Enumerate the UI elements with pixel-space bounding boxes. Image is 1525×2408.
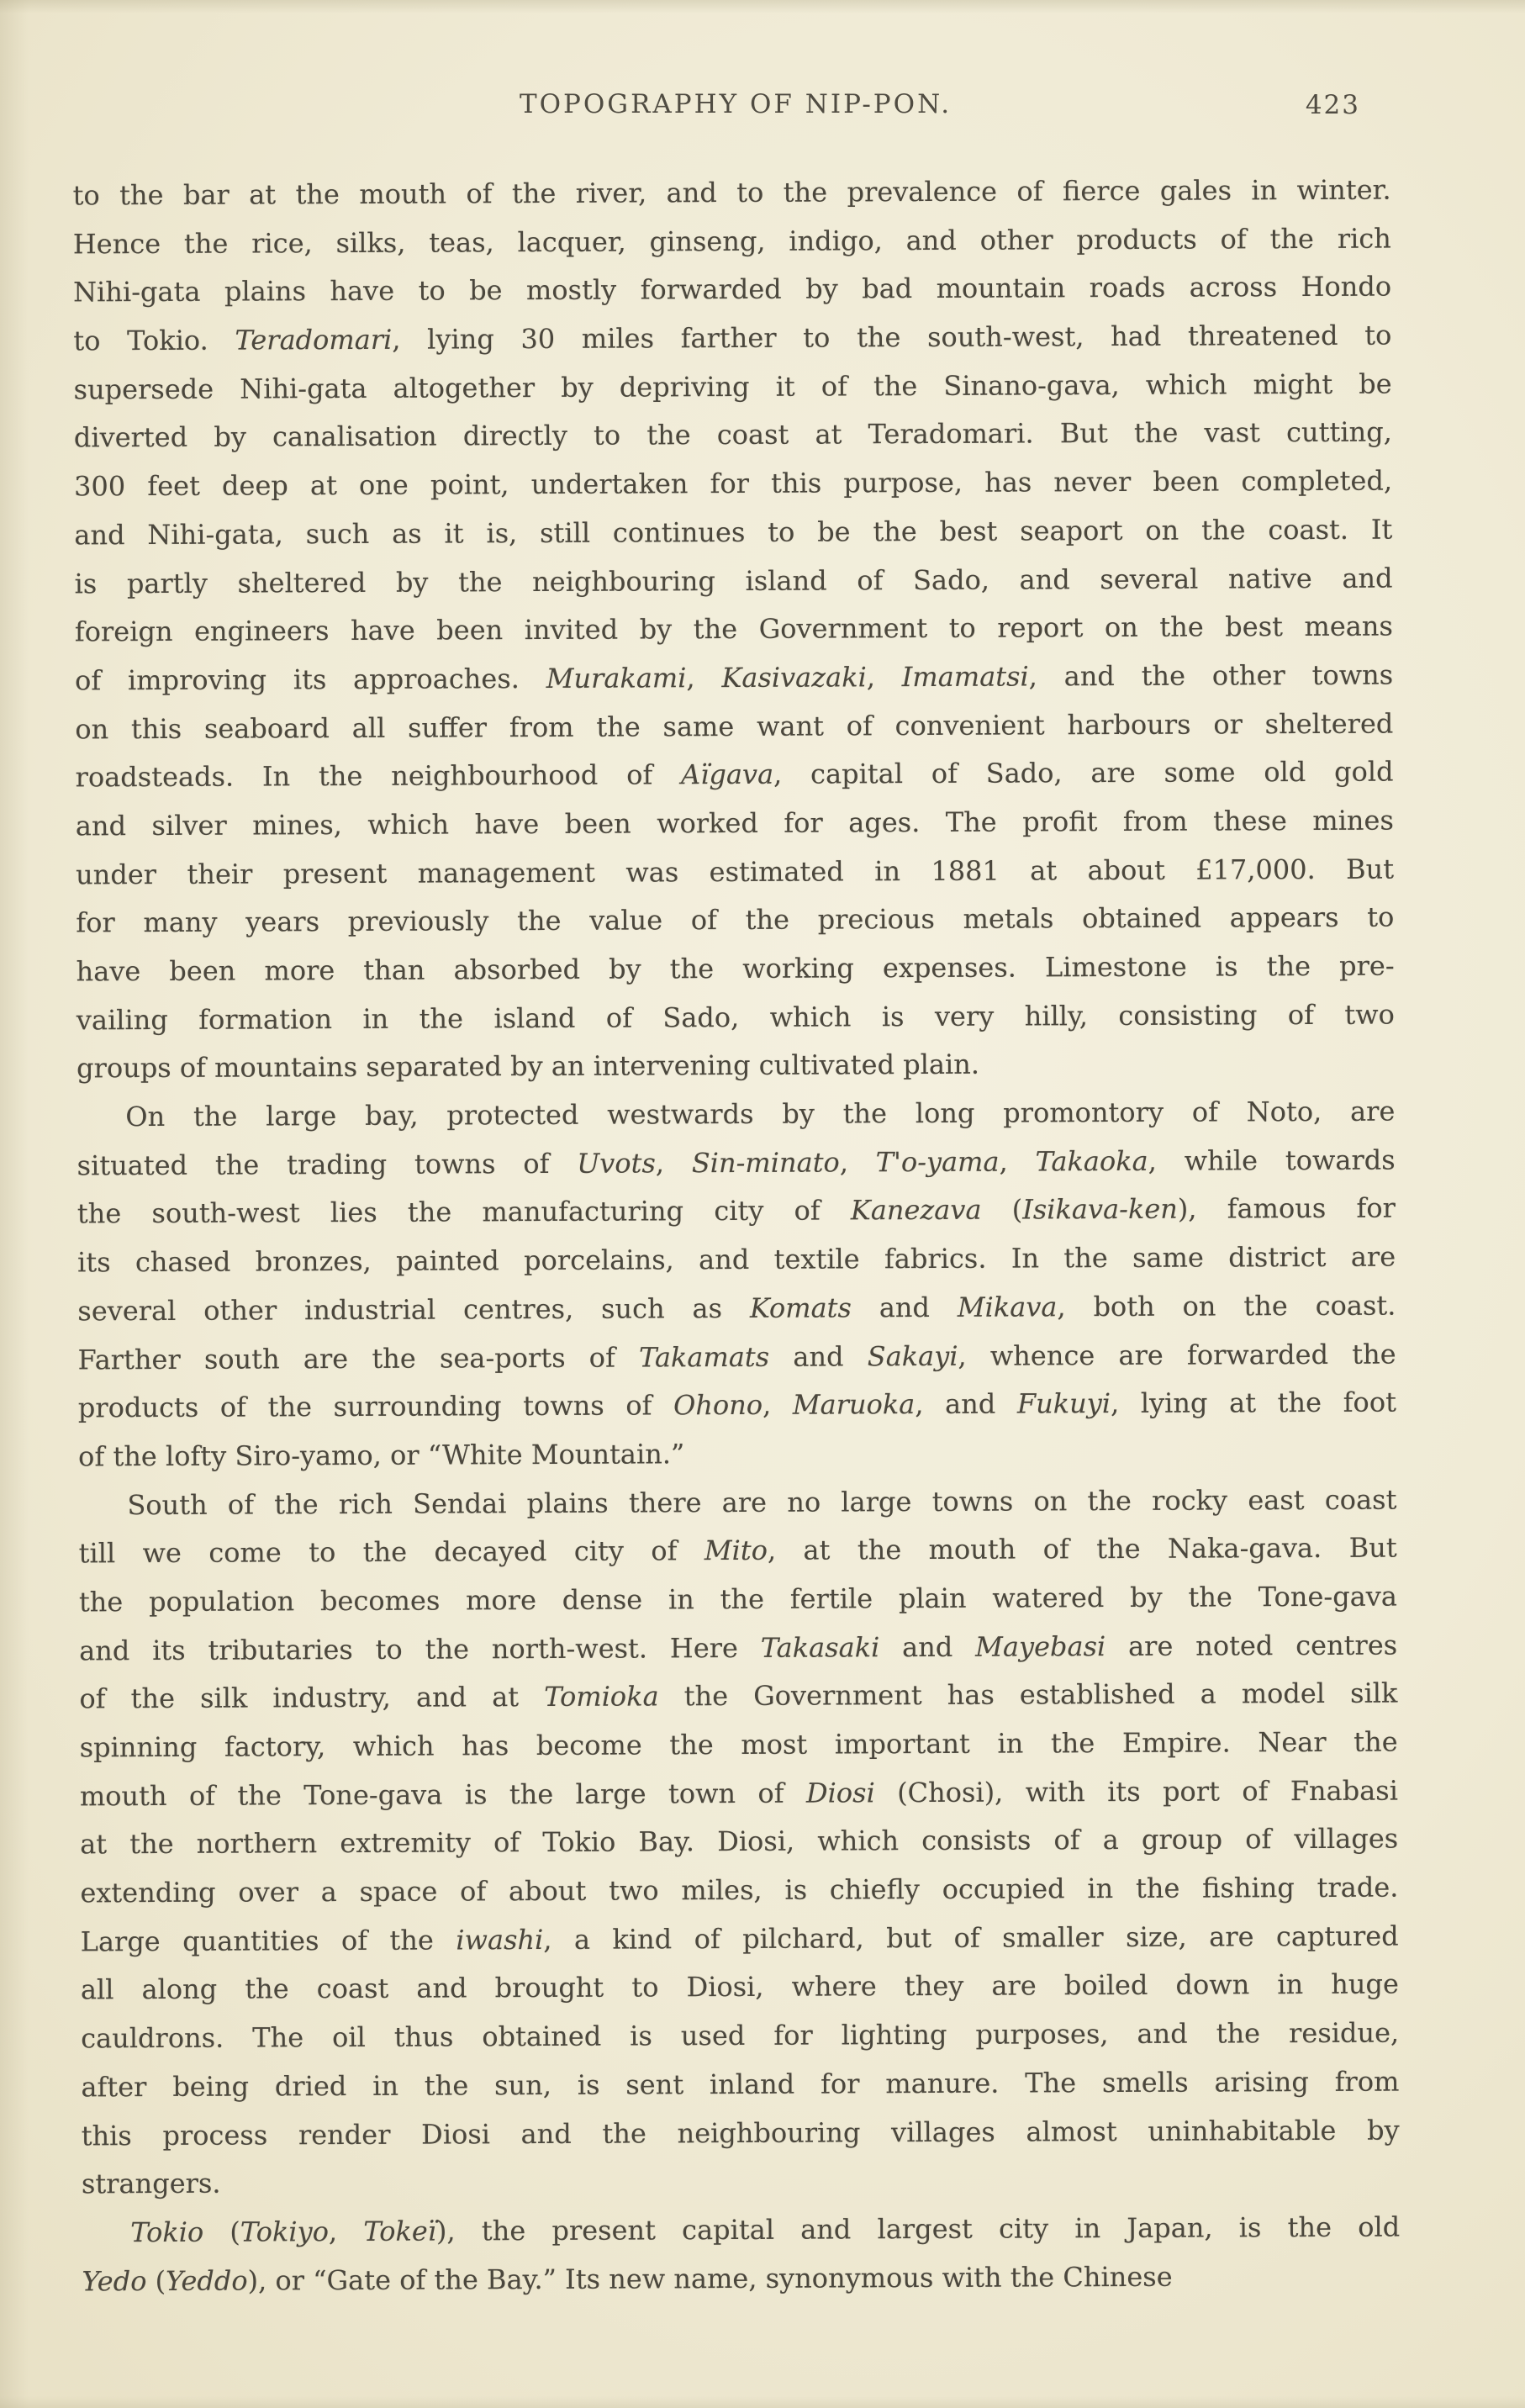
text-segment: groups of mountains separated by an inte…: [77, 1048, 979, 1085]
text-segment: Yeddo: [166, 2264, 248, 2296]
text-line: Yedo (Yeddo), or “Gate of the Bay.” Its …: [82, 2252, 1400, 2306]
text-segment: are noted centres: [1105, 1629, 1397, 1662]
text-line: strangers.: [82, 2155, 1400, 2210]
text-segment: Takamats: [639, 1340, 769, 1373]
text-segment: Tomioka: [544, 1681, 659, 1714]
text-line: under their present management was estim…: [76, 845, 1394, 900]
text-segment: and: [769, 1340, 868, 1373]
text-line: foreign engineers have been invited by t…: [75, 603, 1393, 657]
text-line: South of the rich Sendai plains there ar…: [78, 1476, 1396, 1530]
text-segment: the Government has established a model s…: [659, 1677, 1398, 1713]
text-segment: this process render Diosi and the neighb…: [82, 2114, 1400, 2152]
text-segment: Imamatsi: [902, 660, 1029, 693]
text-segment: Tokiyo: [240, 2215, 329, 2247]
text-segment: Sakayi: [868, 1339, 958, 1371]
text-segment: to Tokio.: [73, 325, 235, 357]
text-segment: Komats: [750, 1291, 852, 1324]
text-segment: Sin-minato: [692, 1146, 840, 1179]
page-number: 423: [1306, 90, 1360, 120]
text-segment: South of the rich Sendai plains there ar…: [127, 1483, 1396, 1521]
text-segment: under their present management was estim…: [76, 853, 1394, 890]
text-line: of improving its approaches. Murakami, K…: [75, 651, 1393, 705]
text-segment: Kanezava: [851, 1194, 982, 1227]
text-line: and its tributaries to the north-west. H…: [79, 1621, 1397, 1676]
text-line: Farther south are the sea-ports of Takam…: [78, 1330, 1396, 1385]
text-segment: the south-west lies the manufacturing ci…: [77, 1195, 851, 1230]
text-segment: and Nihi-gata, such as it is, still cont…: [74, 513, 1392, 551]
text-segment: extending over a space of about two mile…: [80, 1872, 1398, 1909]
text-segment: Farther south are the sea-ports of: [78, 1341, 640, 1376]
text-line: 300 feet deep at one point, undertaken f…: [74, 457, 1392, 512]
text-segment: Mikava: [958, 1291, 1058, 1323]
text-line: supersede Nihi-gata altogether by depriv…: [73, 360, 1391, 415]
text-segment: ), or “Gate of the Bay.” Its new name, s…: [248, 2260, 1173, 2296]
text-segment: T'o-yama: [876, 1145, 1000, 1178]
text-line: of the silk industry, and at Tomioka the…: [79, 1670, 1397, 1724]
text-line: this process render Diosi and the neighb…: [82, 2106, 1400, 2161]
text-segment: , while towards: [1148, 1143, 1396, 1176]
text-segment: Uvots: [577, 1147, 656, 1179]
text-segment: at the northern extremity of Tokio Bay. …: [80, 1823, 1398, 1861]
text-segment: cauldrons. The oil thus obtained is used…: [81, 2017, 1399, 2055]
text-segment: till we come to the decayed city of: [79, 1534, 704, 1569]
text-segment: foreign engineers have been invited by t…: [75, 610, 1393, 648]
text-segment: , and the other towns: [1029, 658, 1394, 692]
text-segment: , lying 30 miles farther to the south-we…: [392, 319, 1391, 356]
text-segment: Teradomari: [235, 324, 392, 356]
text-segment: to the bar at the mouth of the river, an…: [73, 174, 1391, 212]
text-segment: strangers.: [82, 2168, 221, 2200]
text-segment: , whence are forwarded the: [958, 1338, 1396, 1371]
text-segment: its chased bronzes, painted porcelains, …: [77, 1241, 1396, 1279]
text-line: spinning factory, which has become the m…: [80, 1719, 1398, 1773]
text-segment: (: [146, 2265, 166, 2297]
text-segment: the population becomes more dense in the…: [79, 1581, 1397, 1619]
text-segment: ,: [867, 661, 902, 693]
page: TOPOGRAPHY OF NIP-PON. 423 to the bar at…: [0, 0, 1525, 2408]
text-segment: and: [879, 1630, 975, 1662]
text-segment: Kasivazaki: [721, 661, 867, 694]
text-line: Nihi-gata plains have to be mostly forwa…: [73, 263, 1391, 318]
text-segment: ,: [686, 662, 721, 694]
text-segment: iwashi: [456, 1924, 543, 1956]
text-segment: of the lofty Siro-yamo, or “White Mounta…: [78, 1438, 684, 1472]
running-title: TOPOGRAPHY OF NIP-PON.: [520, 89, 952, 119]
text-line: all along the coast and brought to Diosi…: [81, 1961, 1399, 2015]
text-line: Large quantities of the iwashi, a kind o…: [81, 1912, 1399, 1967]
text-line: and silver mines, which have been worked…: [76, 797, 1394, 852]
text-line: On the large bay, protected westwards by…: [77, 1088, 1395, 1143]
text-line: diverted by canalisation directly to the…: [74, 409, 1392, 463]
text-segment: ), the present capital and largest city …: [436, 2210, 1400, 2247]
text-segment: diverted by canalisation directly to the…: [74, 416, 1392, 454]
text-segment: ), famous for: [1178, 1192, 1396, 1225]
text-line: vailing formation in the island of Sado,…: [77, 990, 1395, 1045]
text-line: and Nihi-gata, such as it is, still cont…: [74, 505, 1392, 560]
text-segment: spinning factory, which has become the m…: [80, 1726, 1398, 1764]
text-segment: , capital of Sado, are some old gold: [773, 756, 1394, 790]
text-segment: ,: [840, 1146, 876, 1178]
text-segment: , both on the coast.: [1057, 1289, 1396, 1323]
text-segment: Takasaki: [761, 1631, 880, 1664]
text-line: extending over a space of about two mile…: [80, 1864, 1398, 1919]
text-line: after being dried in the sun, is sent in…: [81, 2057, 1399, 2112]
text-segment: (Chosi), with its port of Fnabasi: [875, 1774, 1398, 1809]
text-segment: Tokio: [130, 2216, 203, 2248]
text-segment: products of the surrounding towns of: [78, 1390, 673, 1424]
text-segment: and: [852, 1291, 958, 1324]
text-segment: all along the coast and brought to Diosi…: [81, 1968, 1399, 2006]
text-segment: , at the mouth of the Naka-gava. But: [768, 1532, 1397, 1566]
text-line: have been more than absorbed by the work…: [76, 943, 1394, 997]
text-line: at the northern extremity of Tokio Bay. …: [80, 1815, 1398, 1870]
text-segment: situated the trading towns of: [77, 1148, 578, 1182]
text-line: of the lofty Siro-yamo, or “White Mounta…: [78, 1427, 1396, 1481]
text-line: groups of mountains separated by an inte…: [77, 1039, 1395, 1094]
text-segment: and silver mines, which have been worked…: [76, 805, 1394, 842]
text-segment: Mayebasi: [975, 1630, 1105, 1663]
text-line: till we come to the decayed city of Mito…: [79, 1524, 1397, 1579]
text-segment: roadsteads. In the neighbourhood of: [76, 759, 682, 794]
text-line: on this seaboard all suffer from the sam…: [75, 700, 1393, 754]
text-line: Hence the rice, silks, teas, lacquer, gi…: [73, 214, 1391, 269]
text-line: situated the trading towns of Uvots, Sin…: [77, 1136, 1396, 1191]
text-line: cauldrons. The oil thus obtained is used…: [81, 2009, 1399, 2064]
text-line: Tokio (Tokiyo, Tokeï), the present capit…: [82, 2203, 1400, 2257]
text-segment: Isikava-ken: [1022, 1193, 1178, 1226]
text-line: several other industrial centres, such a…: [77, 1281, 1396, 1336]
text-segment: Mito: [704, 1534, 768, 1566]
text-segment: On the large bay, protected westwards by…: [125, 1096, 1395, 1133]
text-segment: Maruoka: [793, 1388, 916, 1421]
text-segment: and its tributaries to the north-west. H…: [79, 1632, 761, 1667]
text-segment: Nihi-gata plains have to be mostly forwa…: [73, 271, 1391, 309]
text-segment: Diosi: [806, 1777, 875, 1809]
text-segment: is partly sheltered by the neighbouring …: [75, 562, 1393, 599]
text-segment: , and: [915, 1388, 1017, 1421]
text-segment: ,: [762, 1389, 793, 1421]
text-segment: Tokeï: [363, 2215, 436, 2247]
text-segment: (: [981, 1194, 1022, 1226]
text-line: its chased bronzes, painted porcelains, …: [77, 1233, 1396, 1288]
text-segment: Aïgava: [681, 758, 773, 790]
text-segment: , a kind of pilchard, but of smaller siz…: [543, 1920, 1398, 1955]
text-line: the population becomes more dense in the…: [79, 1573, 1397, 1628]
text-segment: Ohono: [673, 1389, 762, 1421]
text-line: products of the surrounding towns of Oho…: [78, 1379, 1396, 1434]
text-line: for many years previously the value of t…: [76, 894, 1394, 948]
text-segment: for many years previously the value of t…: [76, 901, 1394, 939]
text-line: to the bar at the mouth of the river, an…: [72, 166, 1390, 221]
text-segment: (: [203, 2215, 240, 2247]
text-segment: after being dried in the sun, is sent in…: [81, 2065, 1399, 2103]
text-line: the south-west lies the manufacturing ci…: [77, 1185, 1396, 1239]
text-line: roadsteads. In the neighbourhood of Aïga…: [75, 748, 1393, 803]
text-segment: ,: [329, 2215, 364, 2247]
page-header: TOPOGRAPHY OF NIP-PON. 423: [77, 89, 1394, 128]
text-block: to the bar at the mouth of the river, an…: [72, 166, 1400, 2306]
text-segment: Takaoka: [1035, 1145, 1148, 1178]
text-line: is partly sheltered by the neighbouring …: [74, 554, 1392, 609]
text-segment: Yedo: [82, 2265, 146, 2297]
text-segment: of improving its approaches.: [75, 663, 546, 696]
text-segment: ,: [999, 1145, 1035, 1177]
text-line: to Tokio. Teradomari, lying 30 miles far…: [73, 312, 1391, 367]
text-segment: 300 feet deep at one point, undertaken f…: [74, 465, 1392, 503]
text-segment: several other industrial centres, such a…: [77, 1292, 750, 1327]
text-segment: vailing formation in the island of Sado,…: [77, 998, 1395, 1036]
text-segment: Fukuyi: [1017, 1387, 1111, 1419]
text-segment: , lying at the foot: [1111, 1386, 1396, 1419]
text-segment: have been more than absorbed by the work…: [77, 950, 1395, 988]
text-segment: mouth of the Tone-gava is the large town…: [80, 1777, 806, 1812]
text-segment: ,: [656, 1147, 692, 1179]
text-line: mouth of the Tone-gava is the large town…: [80, 1766, 1398, 1821]
text-segment: supersede Nihi-gata altogether by depriv…: [74, 367, 1392, 405]
text-segment: Murakami: [546, 662, 687, 694]
text-segment: Hence the rice, silks, teas, lacquer, gi…: [73, 222, 1391, 260]
text-segment: on this seaboard all suffer from the sam…: [75, 707, 1393, 745]
text-segment: of the silk industry, and at: [79, 1681, 544, 1714]
text-segment: Large quantities of the: [81, 1924, 456, 1957]
